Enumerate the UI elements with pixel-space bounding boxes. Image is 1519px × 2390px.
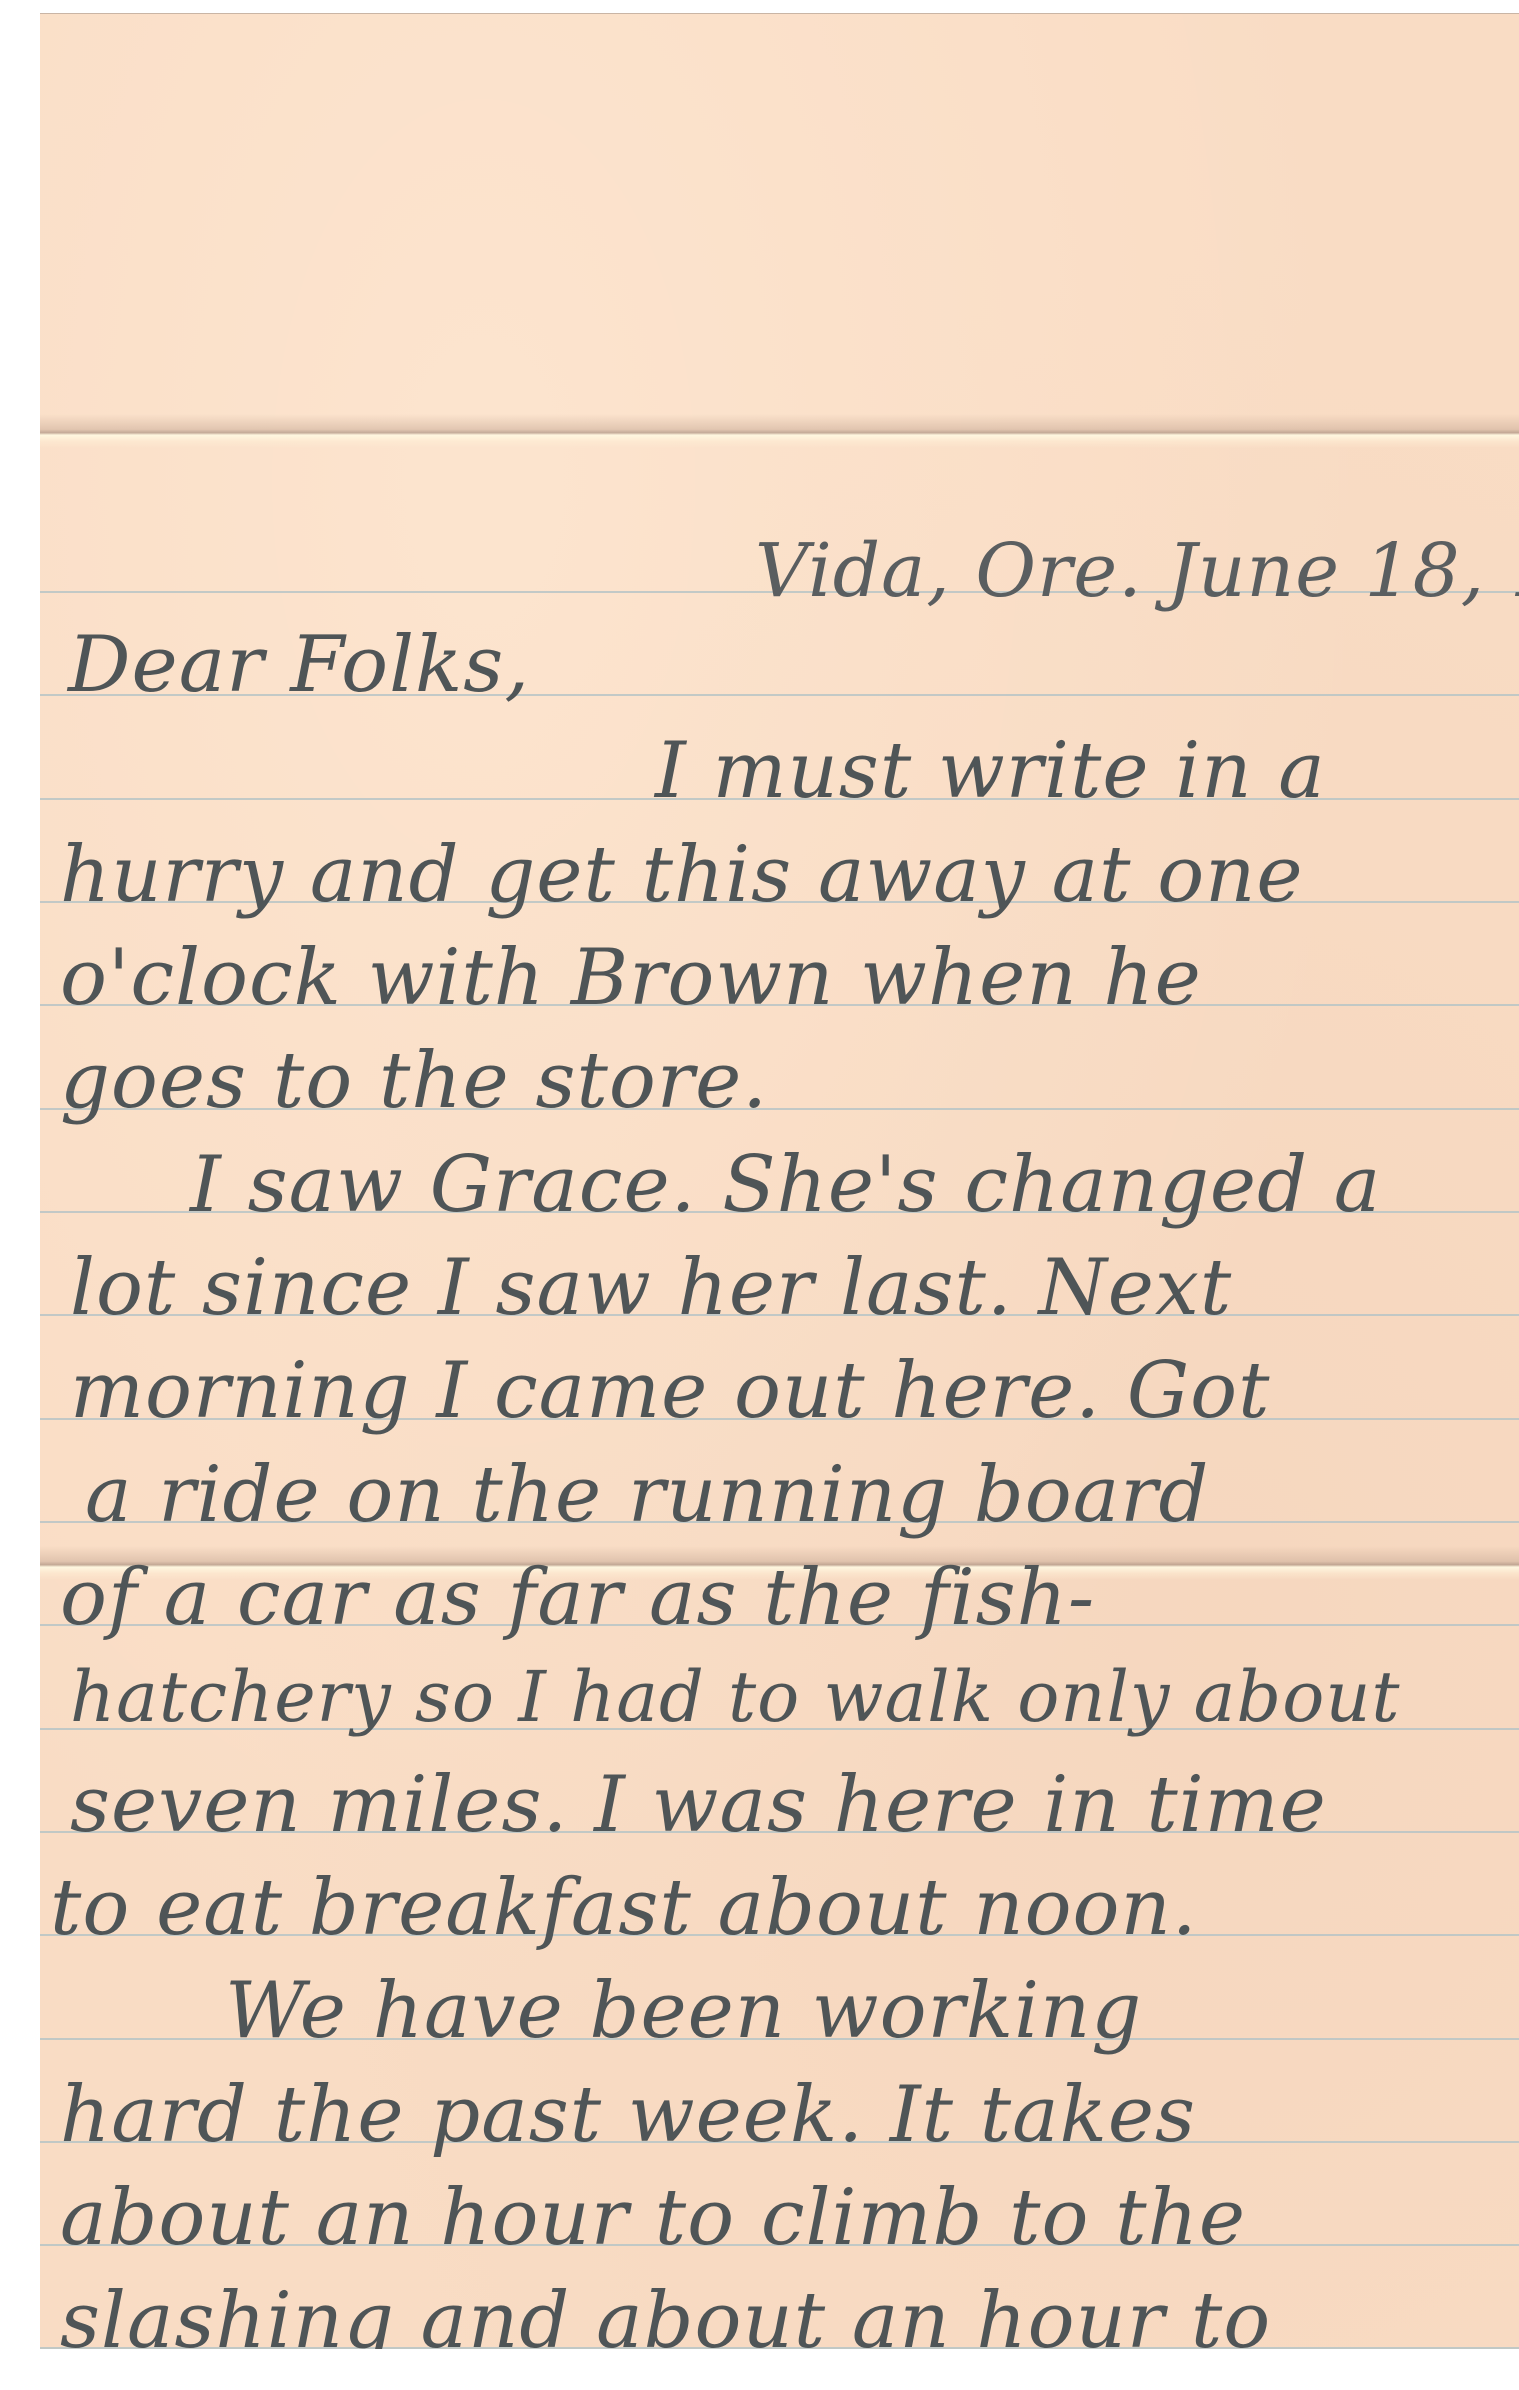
letter-line: seven miles. I was here in time xyxy=(70,1766,1327,1844)
letter-line: lot since I saw her last. Next xyxy=(70,1249,1232,1327)
letter-line: We have been working xyxy=(225,1972,1142,2050)
letter-line: hard the past week. It takes xyxy=(60,2076,1196,2154)
fold-crease-top xyxy=(40,414,1519,448)
letter-line: I must write in a xyxy=(655,732,1326,810)
letter-line: hatchery so I had to walk only about xyxy=(70,1662,1401,1732)
letter-line: o'clock with Brown when he xyxy=(60,939,1202,1017)
letter-line: a ride on the running board xyxy=(85,1456,1209,1534)
letter-line: morning I came out here. Got xyxy=(70,1352,1270,1430)
letter-line: about an hour to climb to the xyxy=(60,2179,1246,2257)
letter-salutation: Dear Folks, xyxy=(68,626,530,704)
letter-dateline: Vida, Ore. June 18, 1 xyxy=(755,534,1519,608)
letter-line: hurry and get this away at one xyxy=(60,836,1304,914)
letter-line: I saw Grace. She's changed a xyxy=(190,1146,1381,1224)
letter-line: to eat breakfast about noon. xyxy=(50,1869,1198,1947)
letter-line: slashing and about an hour to xyxy=(60,2282,1271,2349)
letter-line: goes to the store. xyxy=(60,1042,768,1120)
letter-page: Vida, Ore. June 18, 1 Dear Folks, I must… xyxy=(40,13,1519,2349)
letter-line: of a car as far as the fish- xyxy=(60,1559,1095,1637)
